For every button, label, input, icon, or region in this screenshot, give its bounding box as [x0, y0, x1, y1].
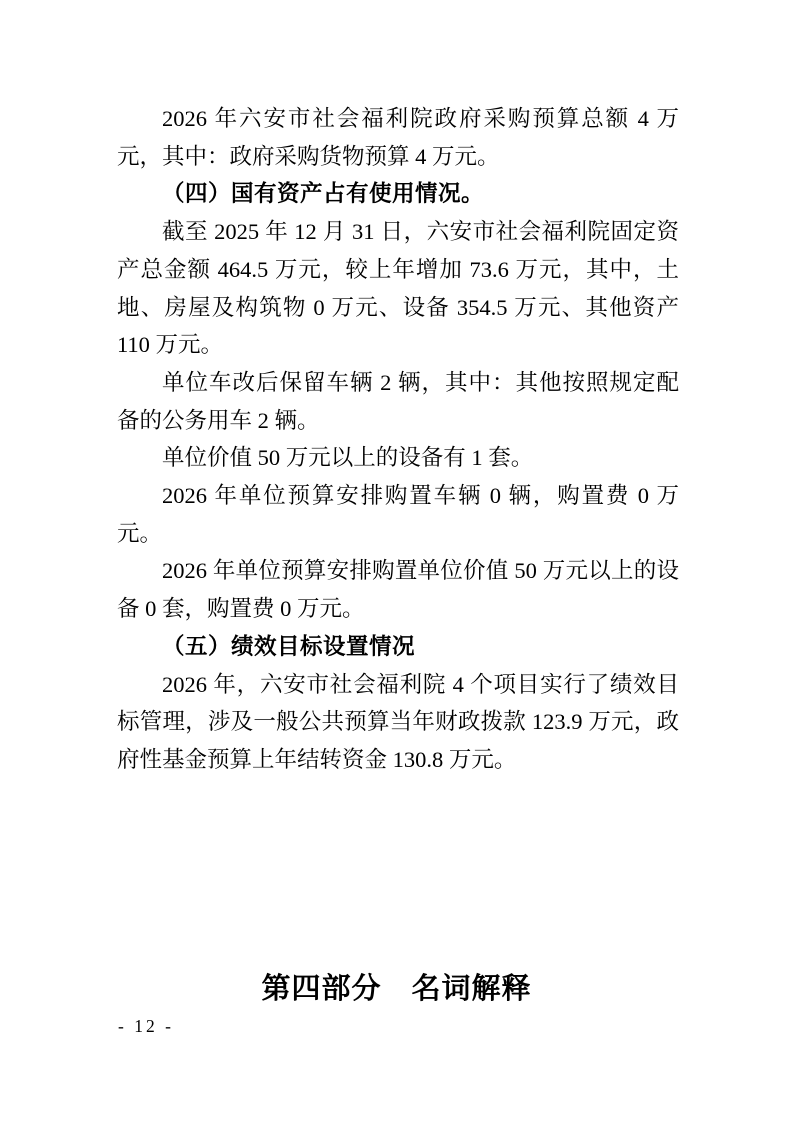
- document-body: 2026 年六安市社会福利院政府采购预算总额 4 万元，其中：政府采购货物预算 …: [117, 100, 679, 779]
- paragraph-equipment-purchase-budget: 2026 年单位预算安排购置单位价值 50 万元以上的设备 0 套，购置费 0 …: [117, 552, 679, 627]
- paragraph-performance-management: 2026 年，六安市社会福利院 4 个项目实行了绩效目标管理，涉及一般公共预算当…: [117, 666, 679, 779]
- paragraph-vehicle-purchase-budget: 2026 年单位预算安排购置车辆 0 辆，购置费 0 万元。: [117, 477, 679, 552]
- page-number: - 12 -: [118, 1016, 174, 1037]
- paragraph-fixed-assets: 截至 2025 年 12 月 31 日，六安市社会福利院固定资产总金额 464.…: [117, 213, 679, 364]
- paragraph-procurement-budget: 2026 年六安市社会福利院政府采购预算总额 4 万元，其中：政府采购货物预算 …: [117, 100, 679, 175]
- paragraph-equipment-over-50: 单位价值 50 万元以上的设备有 1 套。: [117, 439, 679, 477]
- document-page: 2026 年六安市社会福利院政府采购预算总额 4 万元，其中：政府采购货物预算 …: [0, 0, 793, 1122]
- section-heading-part-four: 第四部分 名词解释: [0, 966, 793, 1007]
- subsection-heading-performance-targets: （五）绩效目标设置情况: [117, 628, 679, 666]
- subsection-heading-state-assets: （四）国有资产占有使用情况。: [117, 175, 679, 213]
- paragraph-retained-vehicles: 单位车改后保留车辆 2 辆，其中：其他按照规定配备的公务用车 2 辆。: [117, 364, 679, 439]
